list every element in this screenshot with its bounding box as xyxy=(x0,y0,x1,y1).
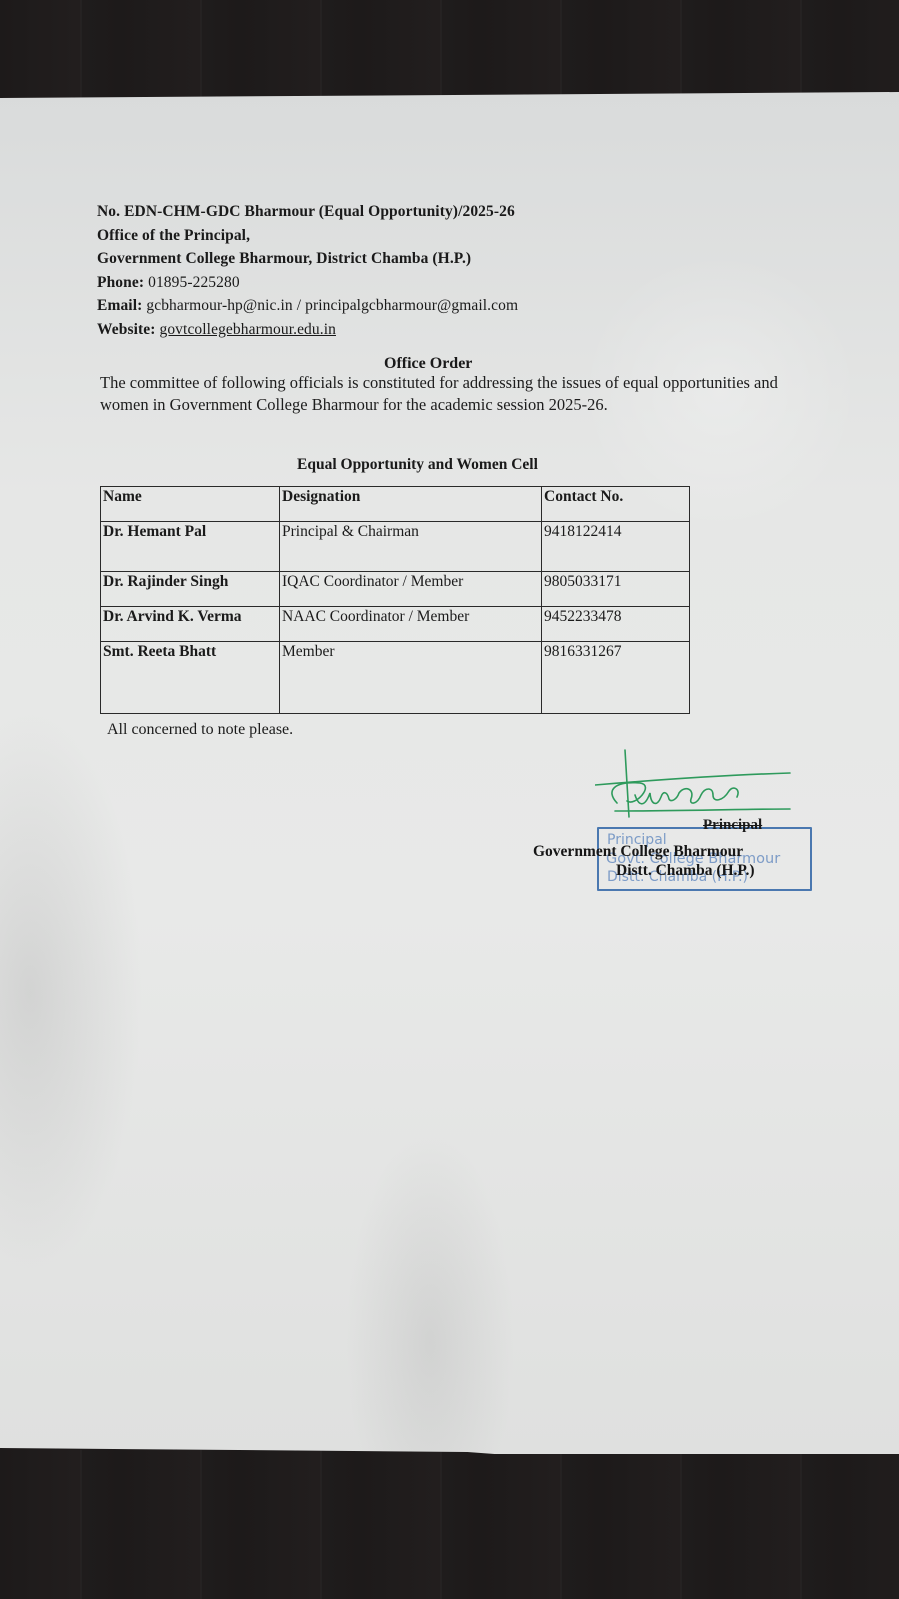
member-contact: 9816331267 xyxy=(542,642,690,714)
phone-line: Phone: 01895-225280 xyxy=(97,271,518,295)
college-address: Government College Bharmour, District Ch… xyxy=(97,247,518,271)
reference-number: No. EDN-CHM-GDC Bharmour (Equal Opportun… xyxy=(97,200,518,224)
office-line: Office of the Principal, xyxy=(97,224,518,248)
signatory-district: Distt. Chamba (H.P.) xyxy=(616,862,755,880)
table-row: Smt. Reeta Bhatt Member 9816331267 xyxy=(101,642,690,714)
phone-label: Phone: xyxy=(97,274,144,291)
member-designation: Principal & Chairman xyxy=(280,522,542,572)
member-contact: 9452233478 xyxy=(542,607,690,642)
office-order-title: Office Order xyxy=(384,355,472,373)
letterhead: No. EDN-CHM-GDC Bharmour (Equal Opportun… xyxy=(97,200,518,341)
email-addresses: gcbharmour-hp@nic.in / principalgcbharmo… xyxy=(146,297,518,314)
member-designation: IQAC Coordinator / Member xyxy=(280,572,542,607)
table-header-row: Name Designation Contact No. xyxy=(101,487,690,522)
committee-table: Name Designation Contact No. Dr. Hemant … xyxy=(100,486,690,714)
background-dark-bottom xyxy=(0,1450,899,1599)
closing-note: All concerned to note please. xyxy=(107,721,293,739)
committee-title: Equal Opportunity and Women Cell xyxy=(297,456,538,474)
member-name: Dr. Hemant Pal xyxy=(101,522,280,572)
background-dark-top xyxy=(0,0,899,100)
column-header-contact: Contact No. xyxy=(542,487,690,522)
email-line: Email: gcbharmour-hp@nic.in / principalg… xyxy=(97,294,518,318)
email-label: Email: xyxy=(97,297,142,314)
column-header-name: Name xyxy=(101,487,280,522)
table-row: Dr. Arvind K. Verma NAAC Coordinator / M… xyxy=(101,607,690,642)
website-line: Website: govtcollegebharmour.edu.in xyxy=(97,318,518,342)
member-designation: NAAC Coordinator / Member xyxy=(280,607,542,642)
member-designation: Member xyxy=(280,642,542,714)
table-row: Dr. Rajinder Singh IQAC Coordinator / Me… xyxy=(101,572,690,607)
column-header-designation: Designation xyxy=(280,487,542,522)
member-name: Dr. Arvind K. Verma xyxy=(101,607,280,642)
signature-icon xyxy=(595,745,795,825)
member-contact: 9805033171 xyxy=(542,572,690,607)
website-link[interactable]: govtcollegebharmour.edu.in xyxy=(159,321,336,338)
member-name: Smt. Reeta Bhatt xyxy=(101,642,280,714)
website-label: Website: xyxy=(97,321,156,338)
member-contact: 9418122414 xyxy=(542,522,690,572)
table-row: Dr. Hemant Pal Principal & Chairman 9418… xyxy=(101,522,690,572)
signatory-title: Principal xyxy=(703,817,762,834)
order-intro-text: The committee of following officials is … xyxy=(100,372,790,415)
member-name: Dr. Rajinder Singh xyxy=(101,572,280,607)
signatory-college: Government College Bharmour xyxy=(533,843,743,861)
phone-number: 01895-225280 xyxy=(148,274,240,291)
